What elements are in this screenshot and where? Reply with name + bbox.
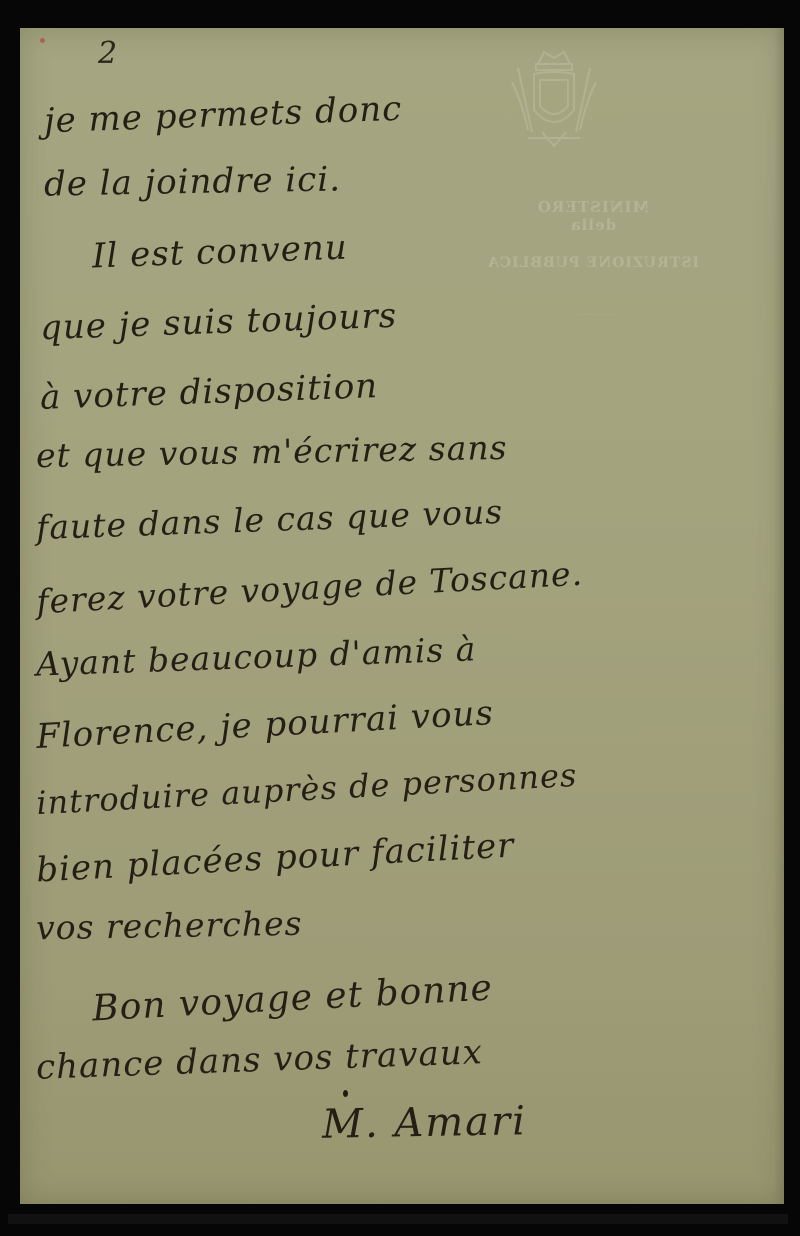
signature: M. Amari: [322, 1098, 528, 1148]
letterhead-line-2: della: [438, 216, 748, 234]
letterhead-watermark: MINISTERO della ISTRUZIONE PUBBLICA ....…: [438, 198, 748, 317]
letter-line: et que vous m'écrirez sans: [36, 428, 508, 475]
paper-edge: [774, 28, 784, 1204]
scan-bottom-strip: [8, 1214, 788, 1224]
embossed-coat-of-arms-icon: [498, 42, 610, 154]
letterhead-line-1: MINISTERO: [438, 198, 748, 216]
letter-line: de la joindre ici.: [44, 159, 342, 204]
letter-line: vos recherches: [36, 904, 303, 948]
letterhead-line-3: ISTRUZIONE PUBBLICA: [438, 254, 748, 272]
letterhead-line-4: ............: [438, 308, 748, 317]
ink-blot: [343, 1090, 348, 1097]
page-number: 2: [98, 36, 117, 71]
red-ink-mark: [40, 38, 45, 43]
